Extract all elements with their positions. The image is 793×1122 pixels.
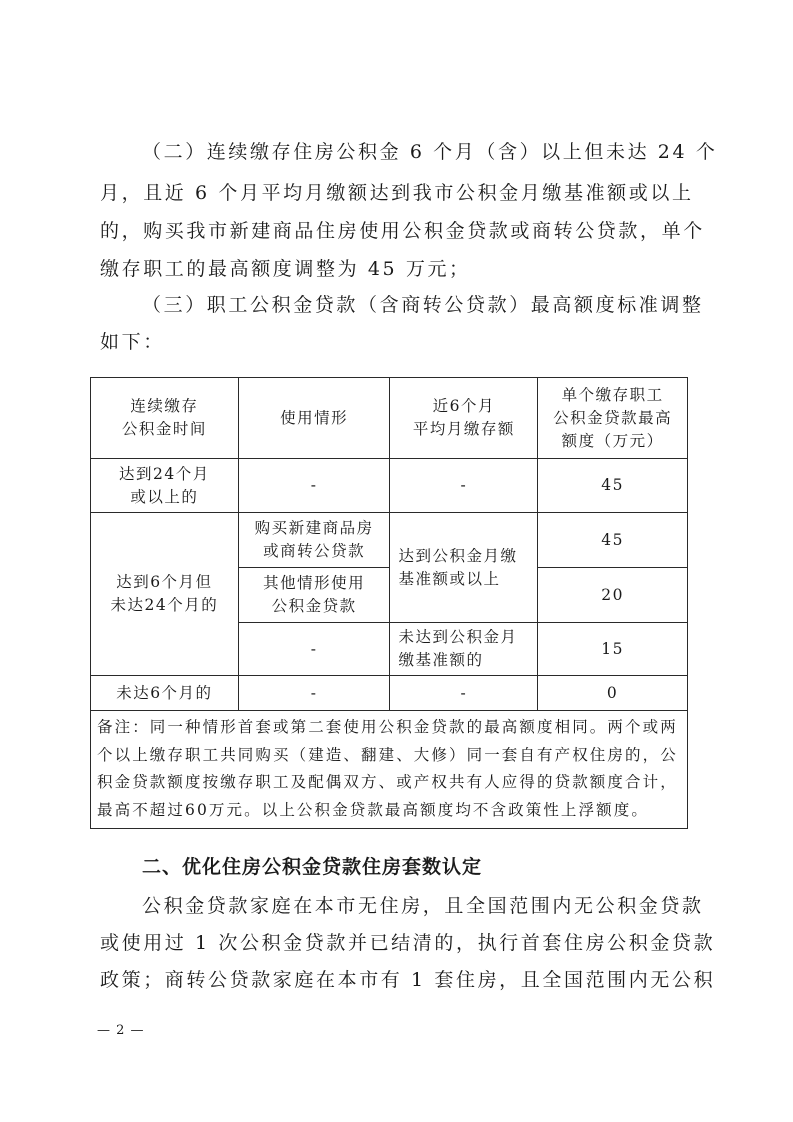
header-avg-line1: 近6个月	[394, 395, 533, 418]
cell-avg-line2: 缴基准额的	[398, 649, 533, 672]
header-max-line3: 额度（万元）	[542, 430, 683, 453]
cell-max: 0	[538, 676, 688, 711]
section-2-heading: 二、优化住房公积金贷款住房套数认定	[142, 852, 482, 879]
section-2-line-2: 或使用过 1 次公积金贷款并已结清的，执行首套住房公积金贷款	[100, 928, 715, 955]
header-max-amount: 单个缴存职工 公积金贷款最高 额度（万元）	[538, 378, 688, 459]
page-number: — 2 —	[97, 1023, 145, 1038]
table-row: 达到6个月但 未达24个月的 购买新建商品房 或商转公贷款 达到公积金月缴 基准…	[91, 513, 688, 568]
table-header-row: 连续缴存 公积金时间 使用情形 近6个月 平均月缴存额 单个缴存职工 公积金贷款…	[91, 378, 688, 459]
header-max-line2: 公积金贷款最高	[542, 407, 683, 430]
table-remark: 备注：同一种情形首套或第二套使用公积金贷款的最高额度相同。两个或两个以上缴存职工…	[91, 711, 688, 829]
loan-limit-table: 连续缴存 公积金时间 使用情形 近6个月 平均月缴存额 单个缴存职工 公积金贷款…	[90, 377, 688, 829]
paragraph-3-line-2: 如下：	[100, 327, 165, 354]
cell-avg: 达到公积金月缴 基准额或以上	[390, 513, 538, 623]
cell-usage: 购买新建商品房 或商转公贷款	[238, 513, 390, 568]
cell-usage: -	[238, 676, 390, 711]
paragraph-2-line-2: 月，且近 6 个月平均月缴额达到我市公积金月缴基准额或以上	[100, 178, 694, 205]
header-avg-deposit: 近6个月 平均月缴存额	[390, 378, 538, 459]
header-avg-line2: 平均月缴存额	[394, 418, 533, 441]
header-period-line2: 公积金时间	[95, 418, 234, 441]
cell-period-line2: 未达24个月的	[95, 594, 234, 617]
cell-max: 15	[538, 623, 688, 676]
cell-usage-line1: 其他情形使用	[243, 572, 386, 595]
cell-usage-line2: 公积金贷款	[243, 595, 386, 618]
cell-max: 20	[538, 568, 688, 623]
paragraph-2-line-1: （二）连续缴存住房公积金 6 个月（含）以上但未达 24 个	[142, 137, 717, 164]
section-2-line-1: 公积金贷款家庭在本市无住房，且全国范围内无公积金贷款	[142, 891, 704, 918]
cell-max: 45	[538, 459, 688, 513]
paragraph-2-line-3: 的，购买我市新建商品住房使用公积金贷款或商转公贷款，单个	[100, 216, 705, 243]
table-remark-row: 备注：同一种情形首套或第二套使用公积金贷款的最高额度相同。两个或两个以上缴存职工…	[91, 711, 688, 829]
cell-avg-line2: 基准额或以上	[398, 568, 533, 591]
cell-period-line2: 或以上的	[95, 486, 234, 509]
header-period: 连续缴存 公积金时间	[91, 378, 239, 459]
cell-period: 达到6个月但 未达24个月的	[91, 513, 239, 676]
cell-usage-line2: 或商转公贷款	[243, 540, 386, 563]
cell-avg: -	[390, 676, 538, 711]
header-period-line1: 连续缴存	[95, 395, 234, 418]
cell-avg: -	[390, 459, 538, 513]
cell-usage: -	[238, 623, 390, 676]
cell-avg-line1: 未达到公积金月	[398, 626, 533, 649]
header-max-line1: 单个缴存职工	[542, 384, 683, 407]
cell-usage-line1: 购买新建商品房	[243, 517, 386, 540]
paragraph-2-line-4: 缴存职工的最高额度调整为 45 万元；	[100, 254, 471, 281]
cell-period-line1: 达到6个月但	[95, 571, 234, 594]
cell-period-line1: 达到24个月	[95, 463, 234, 486]
cell-period: 未达6个月的	[91, 676, 239, 711]
table-row: 达到24个月 或以上的 - - 45	[91, 459, 688, 513]
header-usage: 使用情形	[238, 378, 390, 459]
cell-usage: 其他情形使用 公积金贷款	[238, 568, 390, 623]
table-row: 未达6个月的 - - 0	[91, 676, 688, 711]
paragraph-3-line-1: （三）职工公积金贷款（含商转公贷款）最高额度标准调整	[142, 290, 704, 317]
section-2-line-3: 政策；商转公贷款家庭在本市有 1 套住房，且全国范围内无公积	[100, 965, 715, 992]
cell-avg-line1: 达到公积金月缴	[398, 545, 533, 568]
cell-avg: 未达到公积金月 缴基准额的	[390, 623, 538, 676]
cell-period: 达到24个月 或以上的	[91, 459, 239, 513]
cell-usage: -	[238, 459, 390, 513]
cell-max: 45	[538, 513, 688, 568]
